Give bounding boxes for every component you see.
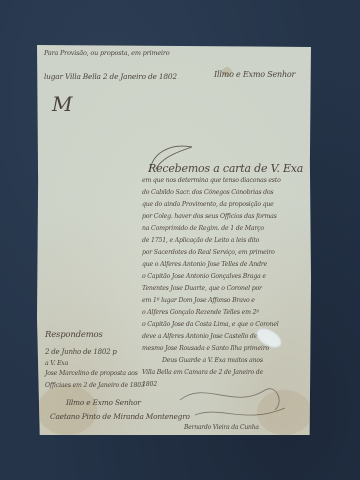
body-line: de 1751, e Aplicação de Leito a leis dit… [142,237,259,244]
body-line: Deus Guarde a V. Exa muitos anos [162,357,263,364]
body-line: Tenentes Jose Duarte, que o Coronel por [142,285,262,292]
body-line: que o Alferes Antonio Jose Telles de And… [142,261,267,268]
margin-note-line: 2 de Junho de 1802 p [45,348,117,356]
body-line: na Comprimido de Regim. de 1 de Março [142,225,264,232]
opening-flourish [140,143,200,173]
monogram: M [52,92,72,116]
margin-note-line: Respondemos [45,330,103,340]
margin-note-line: a V. Exa [45,360,68,367]
body-line: em 1º lugar Dom Jose Affonso Bravo e [142,297,255,304]
closing-salutation: Illmo e Exmo Senhor [66,398,141,407]
body-line: o Alferes Gonçalo Rezende Telles em 2º [142,309,259,316]
signature-flourish [175,370,295,430]
body-line: por Sacerdotes do Real Serviço, em prime… [142,249,275,256]
margin-note-line: Officiaes em 2 de Janeiro de 1803 [45,382,145,389]
header-salutation: Illmo e Exmo Senhor [214,70,295,79]
body-line: por Coleg. haver dos seus Officios das f… [142,213,277,220]
closing-addressee: Caetano Pinto de Miranda Montenegro [50,412,190,421]
body-line: o Capitão Jose Antonio Gonçalves Braga e [142,273,266,280]
body-line: deve a Alferes Antonio Jose Castello de [142,333,257,340]
header-line-1: Para Provisão, ou proposta, em primeiro [44,49,170,57]
body-line: mesmo Jose Rousada e Santo Ilha primeiro [142,345,269,352]
header-line-2: lugar Villa Bella 2 de Janeiro de 1802 [44,72,177,81]
margin-note-line: Jose Marcelino de proposta aos [45,370,138,377]
body-line: que do ainda Provimento, da proposição q… [142,201,274,208]
body-line: em que nos determina que tenso diaconas … [142,177,281,184]
paper-stain [37,385,97,435]
body-line: o Capitão Jose da Costa Lima, e que o Co… [142,321,279,328]
body-line: do Cabildo Sacr. dos Cônegos Cónobrias d… [142,189,273,196]
